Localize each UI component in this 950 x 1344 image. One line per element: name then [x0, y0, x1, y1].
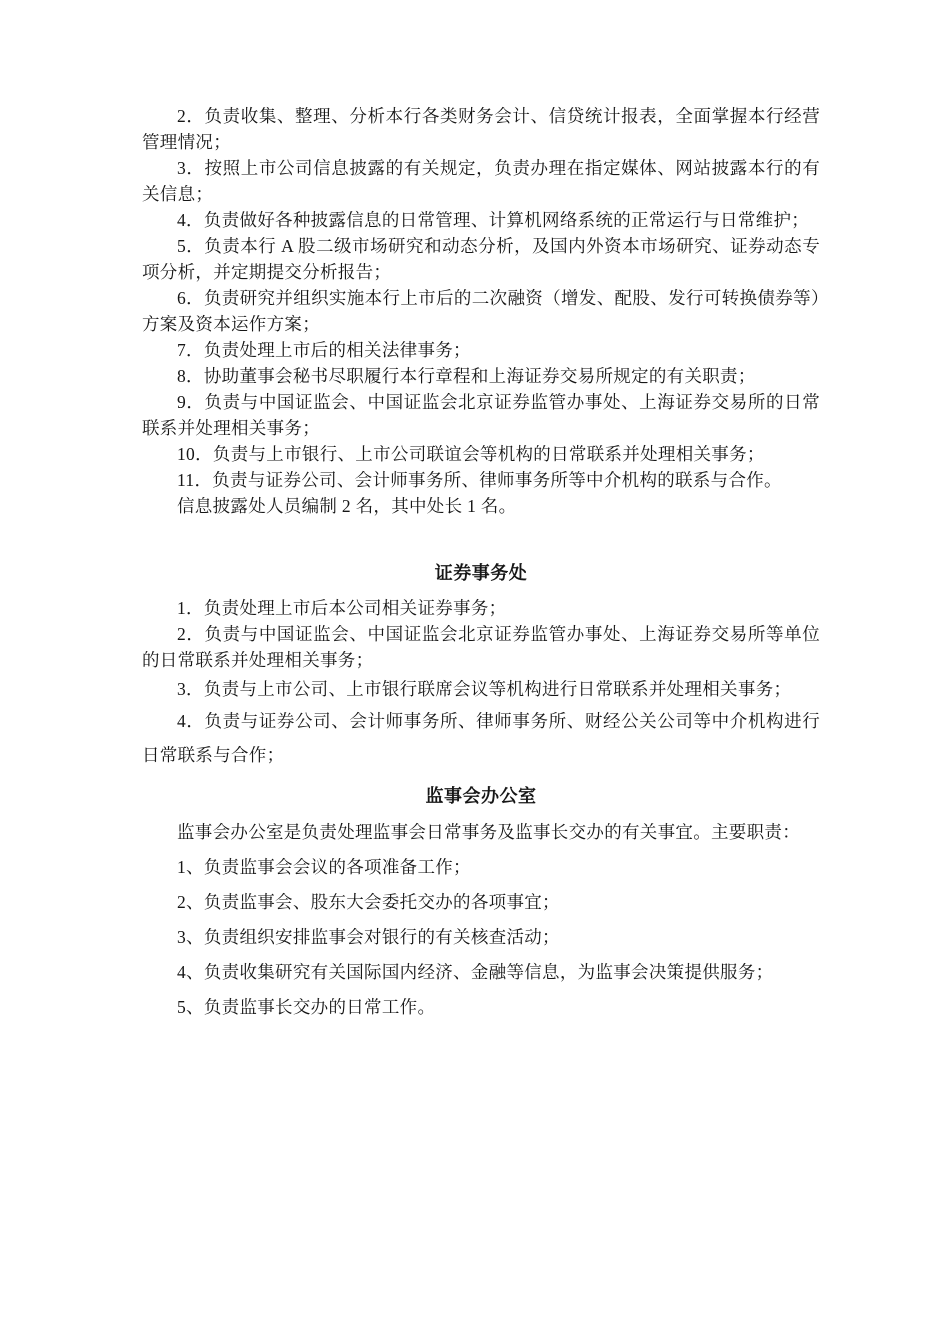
- supervisory-item-5: 5、负责监事长交办的日常工作。: [142, 994, 820, 1020]
- disclosure-item-4: 4．负责做好各种披露信息的日常管理、计算机网络系统的正常运行与日常维护；: [142, 207, 820, 233]
- supervisory-item-2: 2、负责监事会、股东大会委托交办的各项事宜；: [142, 889, 820, 915]
- securities-section-heading: 证券事务处: [142, 559, 820, 587]
- supervisory-intro: 监事会办公室是负责处理监事会日常事务及监事长交办的有关事宜。主要职责：: [142, 819, 820, 845]
- supervisory-section-heading: 监事会办公室: [142, 782, 820, 810]
- securities-item-1: 1．负责处理上市后本公司相关证券事务；: [142, 595, 820, 621]
- disclosure-item-9: 9．负责与中国证监会、中国证监会北京证券监管办事处、上海证券交易所的日常联系并处…: [142, 389, 820, 441]
- supervisory-item-4: 4、负责收集研究有关国际国内经济、金融等信息，为监事会决策提供服务；: [142, 959, 820, 985]
- disclosure-item-5: 5．负责本行 A 股二级市场研究和动态分析，及国内外资本市场研究、证券动态专项分…: [142, 233, 820, 285]
- supervisory-item-1: 1、负责监事会会议的各项准备工作；: [142, 854, 820, 880]
- disclosure-item-11: 11．负责与证券公司、会计师事务所、律师事务所等中介机构的联系与合作。: [142, 467, 820, 493]
- document-content: 2．负责收集、整理、分析本行各类财务会计、信贷统计报表，全面掌握本行经营管理情况…: [142, 103, 820, 1020]
- disclosure-item-7: 7．负责处理上市后的相关法律事务；: [142, 337, 820, 363]
- securities-item-4: 4．负责与证券公司、会计师事务所、律师事务所、财经公关公司等中介机构进行日常联系…: [142, 704, 820, 772]
- disclosure-item-6: 6．负责研究并组织实施本行上市后的二次融资（增发、配股、发行可转换债券等）方案及…: [142, 285, 820, 337]
- supervisory-item-3: 3、负责组织安排监事会对银行的有关核查活动；: [142, 924, 820, 950]
- securities-item-2: 2．负责与中国证监会、中国证监会北京证券监管办事处、上海证券交易所等单位的日常联…: [142, 621, 820, 673]
- securities-item-3: 3．负责与上市公司、上市银行联席会议等机构进行日常联系并处理相关事务；: [142, 676, 820, 702]
- disclosure-item-2: 2．负责收集、整理、分析本行各类财务会计、信贷统计报表，全面掌握本行经营管理情况…: [142, 103, 820, 155]
- disclosure-staffing-note: 信息披露处人员编制 2 名，其中处长 1 名。: [142, 493, 820, 519]
- disclosure-item-8: 8．协助董事会秘书尽职履行本行章程和上海证券交易所规定的有关职责；: [142, 363, 820, 389]
- document-page: 2．负责收集、整理、分析本行各类财务会计、信贷统计报表，全面掌握本行经营管理情况…: [0, 0, 950, 1344]
- disclosure-item-3: 3．按照上市公司信息披露的有关规定，负责办理在指定媒体、网站披露本行的有关信息；: [142, 155, 820, 207]
- disclosure-item-10: 10．负责与上市银行、上市公司联谊会等机构的日常联系并处理相关事务；: [142, 441, 820, 467]
